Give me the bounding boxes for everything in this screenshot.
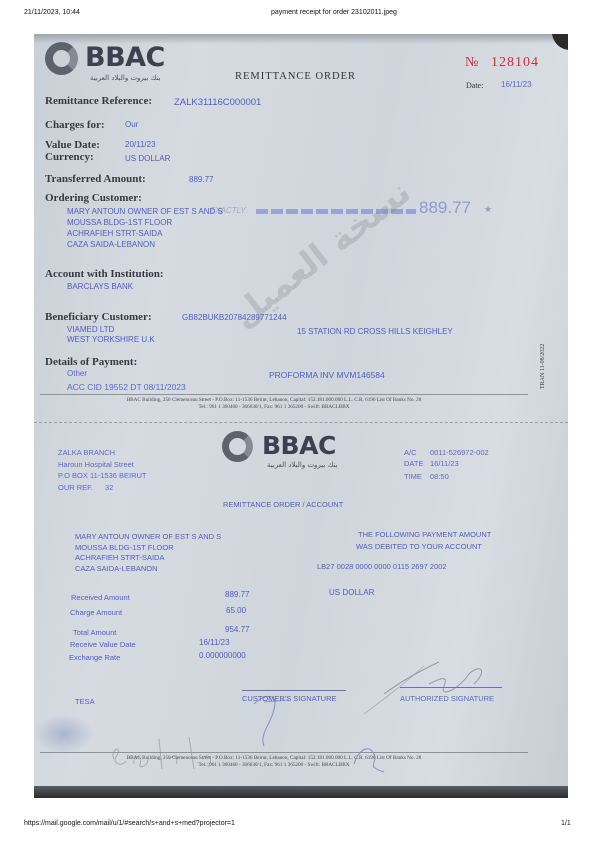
branch-info: ZALKA BRANCH Haroun Hospital Street P.O … xyxy=(58,447,147,493)
teller-code: TESA xyxy=(75,697,95,706)
total-amount-label: Total Amount xyxy=(73,628,116,637)
details-payment-label: Details of Payment: xyxy=(45,356,137,368)
our-ref-value: 32 xyxy=(105,483,113,492)
transferred-amount-value: 889.77 xyxy=(189,175,213,184)
photo-corner xyxy=(552,34,568,50)
bank-arabic-name: بنك بيروت والبلاد العربية xyxy=(267,461,338,469)
branch-street: Haroun Hospital Street xyxy=(58,459,147,471)
bank-name: BBAC xyxy=(262,431,336,460)
footer-divider xyxy=(40,394,528,395)
beneficiary-name: VIAMED LTD WEST YORKSHIRE U.K xyxy=(67,325,155,345)
print-url: https://mail.google.com/mail/u/1/#search… xyxy=(24,820,235,827)
beneficiary-address: 15 STATION RD CROSS HILLS KEIGHLEY xyxy=(297,327,453,336)
currency-value: US DOLLAR xyxy=(329,588,374,597)
details-payment-line2: ACC CID 19552 DT 08/11/2023 xyxy=(67,382,186,392)
ordering-customer-line: MOUSSA BLDG-1ST FLOOR xyxy=(67,217,223,228)
transferred-amount-label: Transferred Amount: xyxy=(45,173,146,185)
footer-address-line2: Tel.: 961 1 360460 - 366630/1, Fax: 961 … xyxy=(34,762,514,768)
logo-ring-icon xyxy=(222,431,253,462)
date-label: Date: xyxy=(466,81,483,90)
form-side-code: TRAN 11-08/2022 xyxy=(540,344,546,389)
beneficiary-label: Beneficiary Customer: xyxy=(45,311,152,323)
beneficiary-iban: GB82BUKB20784289771244 xyxy=(182,313,287,322)
order-number-sign: № xyxy=(465,55,478,71)
advice-customer-line: ACHRAFIEH STRT-SAIDA xyxy=(75,553,221,564)
footer-address-line1: BBAC Building, 250 Clemenceau Street - P… xyxy=(34,755,514,761)
handwritten-date xyxy=(104,729,244,779)
footer-address-line1: BBAC Building, 250 Clemenceau Street - P… xyxy=(34,397,514,403)
stamp-prefix: EXACTLY xyxy=(210,206,246,215)
form-title: REMITTANCE ORDER xyxy=(235,71,356,82)
date-value: 16/11/23 xyxy=(501,80,532,89)
receive-value-date-value: 16/11/23 xyxy=(199,638,230,647)
bank-arabic-name: بنك بيروت والبلاد العربية xyxy=(90,74,161,82)
our-ref-label: OUR REF. xyxy=(58,483,93,492)
bank-name: BBAC xyxy=(85,42,165,73)
currency-label: Currency: xyxy=(45,151,94,163)
notice-line2: WAS DEBITED TO YOUR ACCOUNT xyxy=(356,542,482,551)
logo-ring-icon xyxy=(45,42,78,75)
ink-smudge xyxy=(34,714,94,754)
beneficiary-line: WEST YORKSHIRE U.K xyxy=(67,335,155,345)
account-info: A/C0011-526972-002 DATE16/11/23 TIME08:5… xyxy=(404,447,489,482)
value-date-value: 20/11/23 xyxy=(125,140,156,149)
receive-value-date-label: Receive Value Date xyxy=(70,640,136,649)
date-label: DATE xyxy=(404,458,430,469)
remittance-reference-value: ZALK31116C000001 xyxy=(174,97,261,108)
ordering-customer-line: ACHRAFIEH STRT-SAIDA xyxy=(67,228,223,239)
order-number: 128104 xyxy=(491,55,539,71)
account-institution-label: Account with Institution: xyxy=(45,268,164,280)
charges-for-label: Charges for: xyxy=(45,119,105,131)
charge-amount-label: Charge Amount xyxy=(70,608,122,617)
ordering-customer-line: MARY ANTOUN OWNER OF EST S AND S xyxy=(67,206,223,217)
notice-line1: THE FOLLOWING PAYMENT AMOUNT xyxy=(358,530,491,539)
ordering-customer-address: MARY ANTOUN OWNER OF EST S AND S MOUSSA … xyxy=(67,206,223,250)
received-amount-label: Received Amount xyxy=(71,593,130,602)
details-payment-reference: PROFORMA INV MVM146584 xyxy=(269,370,385,380)
advice-customer-line: MARY ANTOUN OWNER OF EST S AND S xyxy=(75,532,221,543)
details-payment-line1: Other xyxy=(67,369,87,378)
ordering-customer-line: CAZA SAIDA-LEBANON xyxy=(67,239,223,250)
currency-value: US DOLLAR xyxy=(125,154,170,163)
charge-amount-value: 65.00 xyxy=(226,606,246,615)
total-amount-value: 954.77 xyxy=(225,625,249,634)
photo-bottom-edge xyxy=(34,786,568,798)
received-amount-value: 889.77 xyxy=(225,590,249,599)
date-value: 16/11/23 xyxy=(430,459,459,468)
customer-copy-watermark: نسخة العميل xyxy=(224,172,418,336)
charges-for-value: Our xyxy=(125,120,138,129)
star-icon: ★ xyxy=(484,204,492,215)
stamp-amount: 889.77 xyxy=(419,198,471,218)
footer-address-line2: Tel.: 961 1 360460 - 366630/1, Fax: 961 … xyxy=(34,404,514,410)
our-ref: OUR REF.32 xyxy=(58,482,147,494)
advice-customer-line: CAZA SAIDA-LEBANON xyxy=(75,564,221,575)
tear-line xyxy=(34,422,568,423)
print-file-title: payment receipt for order 23102011.jpeg xyxy=(271,9,397,16)
footer-divider xyxy=(40,752,528,753)
print-page-number: 1/1 xyxy=(561,820,571,827)
value-date-label: Value Date: xyxy=(45,139,100,151)
advice-customer-address: MARY ANTOUN OWNER OF EST S AND S MOUSSA … xyxy=(75,532,221,574)
ac-value: 0011-526972-002 xyxy=(430,448,489,457)
advice-title: REMITTANCE ORDER / ACCOUNT xyxy=(223,500,343,509)
branch-name: ZALKA BRANCH xyxy=(58,447,147,459)
receipt-photo: BBAC بنك بيروت والبلاد العربية REMITTANC… xyxy=(34,34,568,798)
branch-po-box: P.O BOX 11-1536 BEIRUT xyxy=(58,470,147,482)
debit-iban: LB27 0028 0000 0000 0115 2697 2002 xyxy=(317,562,447,571)
account-institution-value: BARCLAYS BANK xyxy=(67,282,133,291)
exchange-rate-label: Exchange Rate xyxy=(69,653,120,662)
print-datetime: 21/11/2023, 10:44 xyxy=(24,9,80,16)
remittance-reference-label: Remittance Reference: xyxy=(45,95,152,107)
beneficiary-line: VIAMED LTD xyxy=(67,325,155,335)
time-value: 08:50 xyxy=(430,472,449,481)
ac-label: A/C xyxy=(404,447,430,458)
ordering-customer-label: Ordering Customer: xyxy=(45,192,142,204)
time-label: TIME xyxy=(404,471,430,482)
advice-customer-line: MOUSSA BLDG-1ST FLOOR xyxy=(75,543,221,554)
